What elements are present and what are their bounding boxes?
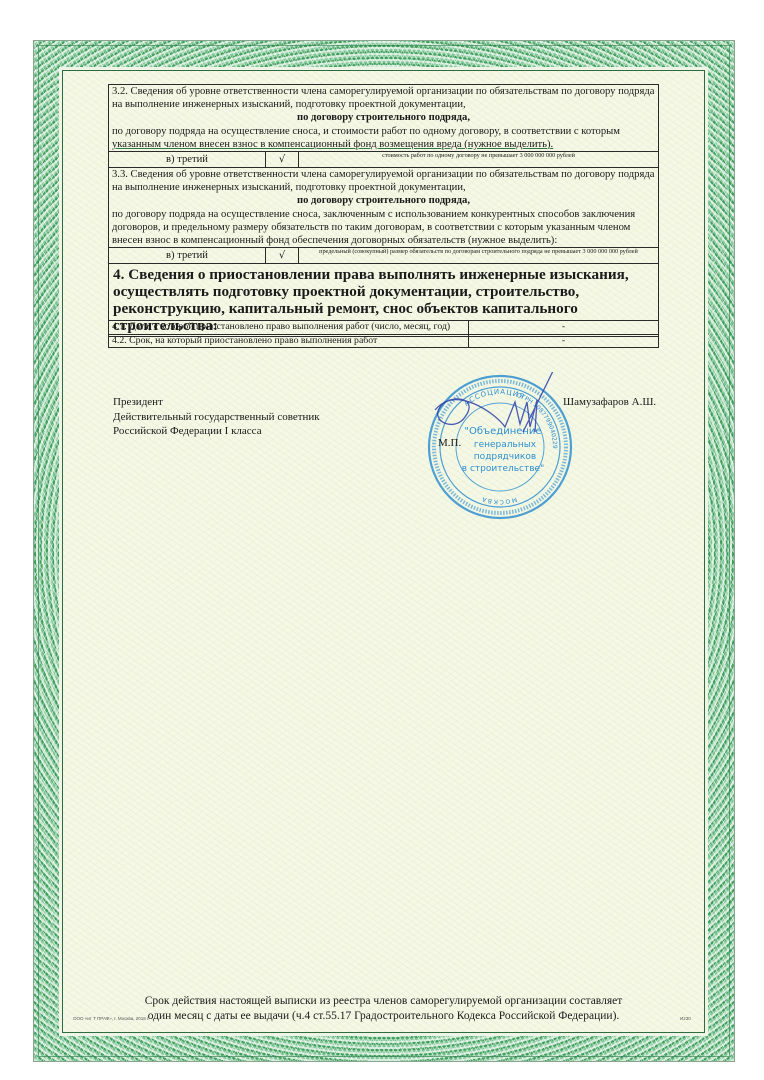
stamp-center-line-1: "Объединение	[464, 426, 541, 437]
signatory-rank-line-2: Российской Федерации I класса	[113, 424, 320, 439]
signatory-block: Президент Действительный государственный…	[113, 395, 320, 439]
stamp-center-line-4: в строительстве"	[462, 464, 544, 474]
suspension-row-value: -	[469, 321, 659, 335]
section-3-3-text-row: 3.3. Сведения об уровне ответственности …	[109, 168, 659, 248]
section-3-3-option-row: в) третий √ предельный (совокупный) разм…	[109, 248, 659, 264]
suspension-row-value: -	[469, 334, 659, 348]
section-3-2-option-description: стоимость работ по одному договору не пр…	[299, 152, 659, 168]
signatory-name: Шамузафаров А.Ш.	[563, 395, 656, 410]
suspension-row-label: 4.1. Дата, с которой приостановлено прав…	[109, 321, 469, 335]
section-3-2-intro: 3.2. Сведения об уровне ответственности …	[112, 85, 655, 111]
section-3-3-option-label: в) третий	[109, 248, 266, 264]
signatory-rank-line-1: Действительный государственный советник	[113, 410, 320, 425]
section-3-2-option-label: в) третий	[109, 152, 266, 168]
suspension-row: 4.2. Срок, на который приостановлено пра…	[109, 334, 659, 348]
stamp-center-line-3: подрядчиков	[474, 452, 536, 462]
section-3-2-option-row: в) третий √ стоимость работ по одному до…	[109, 152, 659, 168]
printer-imprint: ООО «ит Т ПРАФ», г. Москва, 2018 г.	[73, 1016, 149, 1021]
section-3-3-bold-line: по договору строительного подряда,	[112, 194, 655, 207]
section-3-2-marked-text: указанным членом внесен взнос в компенса…	[112, 138, 655, 151]
stamp-city-text: МОСКВА	[480, 495, 518, 505]
section-3-2-check-mark: √	[266, 152, 299, 168]
section-3-3-intro: 3.3. Сведения об уровне ответственности …	[112, 168, 655, 194]
signatory-position: Президент	[113, 395, 320, 410]
validity-notice: Срок действия настоящей выписки из реест…	[62, 994, 705, 1023]
form-number: И230	[680, 1016, 691, 1021]
section-3-2-tail: по договору подряда на осуществление сно…	[112, 125, 655, 138]
section-3-2-text-row: 3.2. Сведения об уровне ответственности …	[109, 85, 659, 152]
responsibility-table: 3.2. Сведения об уровне ответственности …	[108, 84, 659, 337]
suspension-row: 4.1. Дата, с которой приостановлено прав…	[109, 321, 659, 335]
section-3-3-tail: по договору подряда на осуществление сно…	[112, 208, 655, 248]
suspension-table: 4.1. Дата, с которой приостановлено прав…	[108, 320, 659, 348]
stamp-center-line-2: генеральных	[474, 440, 537, 450]
suspension-row-label: 4.2. Срок, на который приостановлено пра…	[109, 334, 469, 348]
section-3-3-check-mark: √	[266, 248, 299, 264]
section-3-2-bold-line: по договору строительного подряда,	[112, 111, 655, 124]
seal-mark-label: М.П.	[438, 437, 461, 449]
svg-text:МОСКВА: МОСКВА	[480, 495, 518, 505]
validity-notice-line-2: один месяц с даты ее выдачи (ч.4 ст.55.1…	[62, 1009, 705, 1024]
validity-notice-line-1: Срок действия настоящей выписки из реест…	[62, 994, 705, 1009]
section-3-3-option-description: предельный (совокупный) размер обязатель…	[299, 248, 659, 264]
